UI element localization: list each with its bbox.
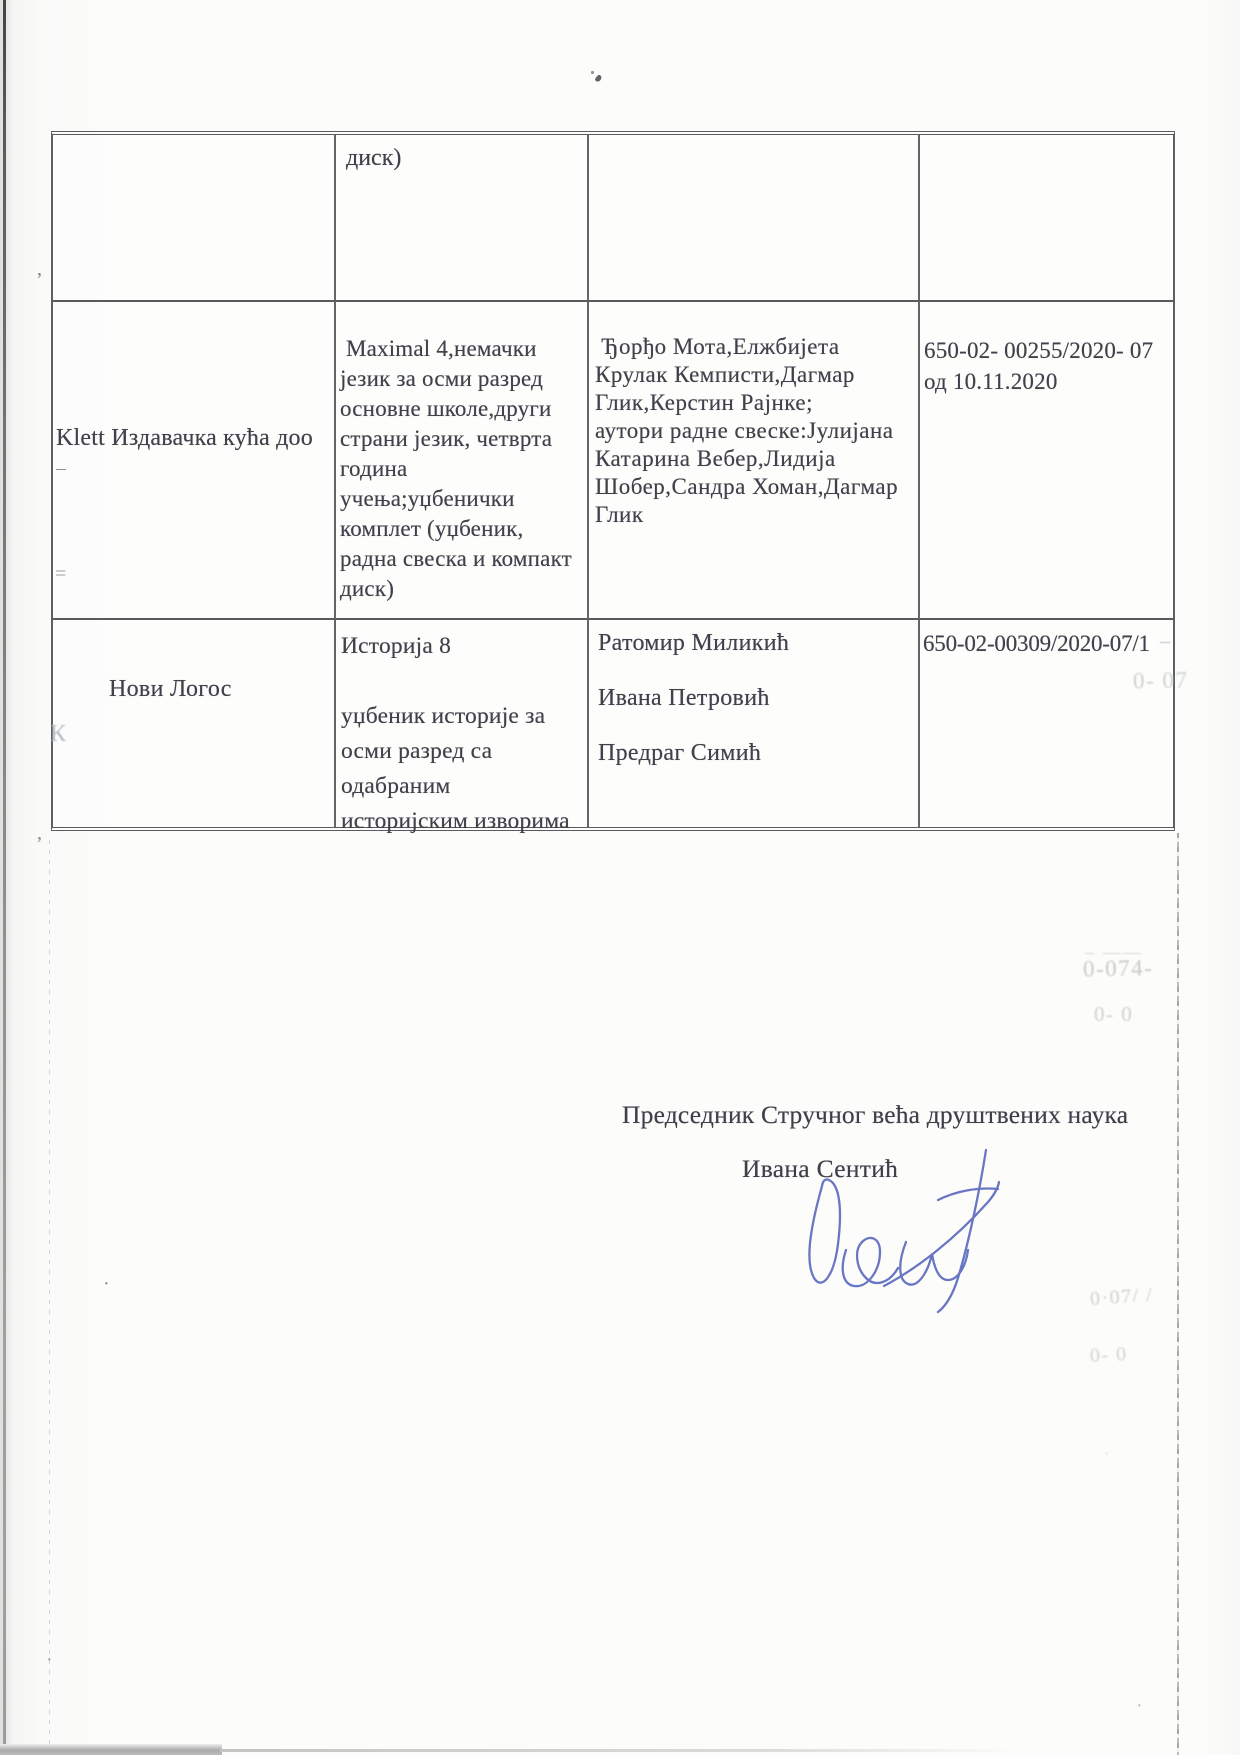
- table-cell-row2-decision: 650-02- 00255/2020- 07 од 10.11.2020: [920, 302, 1173, 620]
- cell-text: диск): [336, 135, 587, 173]
- margin-speck: ’: [36, 836, 43, 852]
- cell-text: Нови Логос: [53, 620, 334, 703]
- table-cell-row2-title: Maximal 4,немачки језик за осми разред о…: [336, 302, 589, 620]
- table-cell-row3-publisher: Нови Логос: [53, 620, 336, 827]
- margin-speck: ·: [1136, 1698, 1143, 1714]
- cell-text: Maximal 4,немачки језик за осми разред о…: [336, 302, 587, 604]
- ghost-number-below-table-2: 0- 0: [1094, 1002, 1133, 1027]
- table-cell-row2-publisher: Klett Издавачка кућа доо: [53, 302, 336, 620]
- table-cell-row1-authors: [589, 135, 920, 302]
- ghost-number-mid-right-2: 0- 0: [1089, 1343, 1128, 1368]
- ghost-number-mid-right-1: 0·07/ /: [1089, 1284, 1154, 1311]
- scan-edge-bottom-strip: [0, 1744, 222, 1755]
- scan-edge-bottom-line: [220, 1749, 1018, 1752]
- table-cell-row2-authors: Ђорђо Мота,Елжбијета Крулак Кемписти,Даг…: [589, 302, 920, 620]
- cell-text: Klett Издавачка кућа доо: [53, 302, 334, 452]
- scanned-document-page: { "table": { "rows": [ {"cells": ["", "д…: [0, 0, 1240, 1755]
- ghost-dash-after-number: –: [1160, 630, 1172, 653]
- table-cell-row3-decision: 650-02-00309/2020-07/1: [920, 620, 1173, 827]
- margin-ghost-letter-k: К: [50, 726, 66, 742]
- cell-text: 650-02-00309/2020-07/1: [920, 620, 1173, 658]
- scan-edge-left-line: [3, 0, 6, 1755]
- margin-double-dash-mark: =: [55, 566, 64, 582]
- cell-text: Ратомир Миликић Ивана Петровић Предраг С…: [589, 620, 918, 768]
- table-cell-row3-title: Историја 8 уџбеник историје за осми разр…: [336, 620, 589, 827]
- table-cell-row1-title: диск): [336, 135, 589, 302]
- textbook-approval-table: диск) Klett Издавачка кућа доо Maximal 4…: [51, 131, 1175, 831]
- margin-speck: ·: [103, 1276, 110, 1292]
- handwritten-signature: [788, 1138, 1006, 1320]
- table-cell-row1-publisher: [53, 135, 336, 302]
- table-cell-row3-authors: Ратомир Миликић Ивана Петровић Предраг С…: [589, 620, 920, 827]
- scan-crease-left: [49, 840, 50, 1745]
- cell-text: 650-02- 00255/2020- 07 од 10.11.2020: [920, 302, 1173, 397]
- margin-dash-mark: –: [56, 460, 66, 476]
- table-cell-row1-decision: [920, 135, 1173, 302]
- signatory-role-line: Председник Стручног већа друштвених наук…: [622, 1100, 1128, 1130]
- ghost-speck: ·: [1104, 1446, 1111, 1464]
- scan-edge-right-rough-line: [1177, 833, 1179, 1755]
- ghost-number-below-table-1: 0-074-: [1083, 955, 1154, 982]
- ink-speck-top: [590, 70, 604, 84]
- cell-text: Историја 8 уџбеник историје за осми разр…: [336, 620, 587, 839]
- cell-text: Ђорђо Мота,Елжбијета Крулак Кемписти,Даг…: [589, 302, 918, 529]
- ghost-number-in-cell: 0- 07: [1133, 668, 1189, 695]
- margin-speck: ·: [46, 1652, 53, 1668]
- margin-speck: ’: [36, 272, 43, 288]
